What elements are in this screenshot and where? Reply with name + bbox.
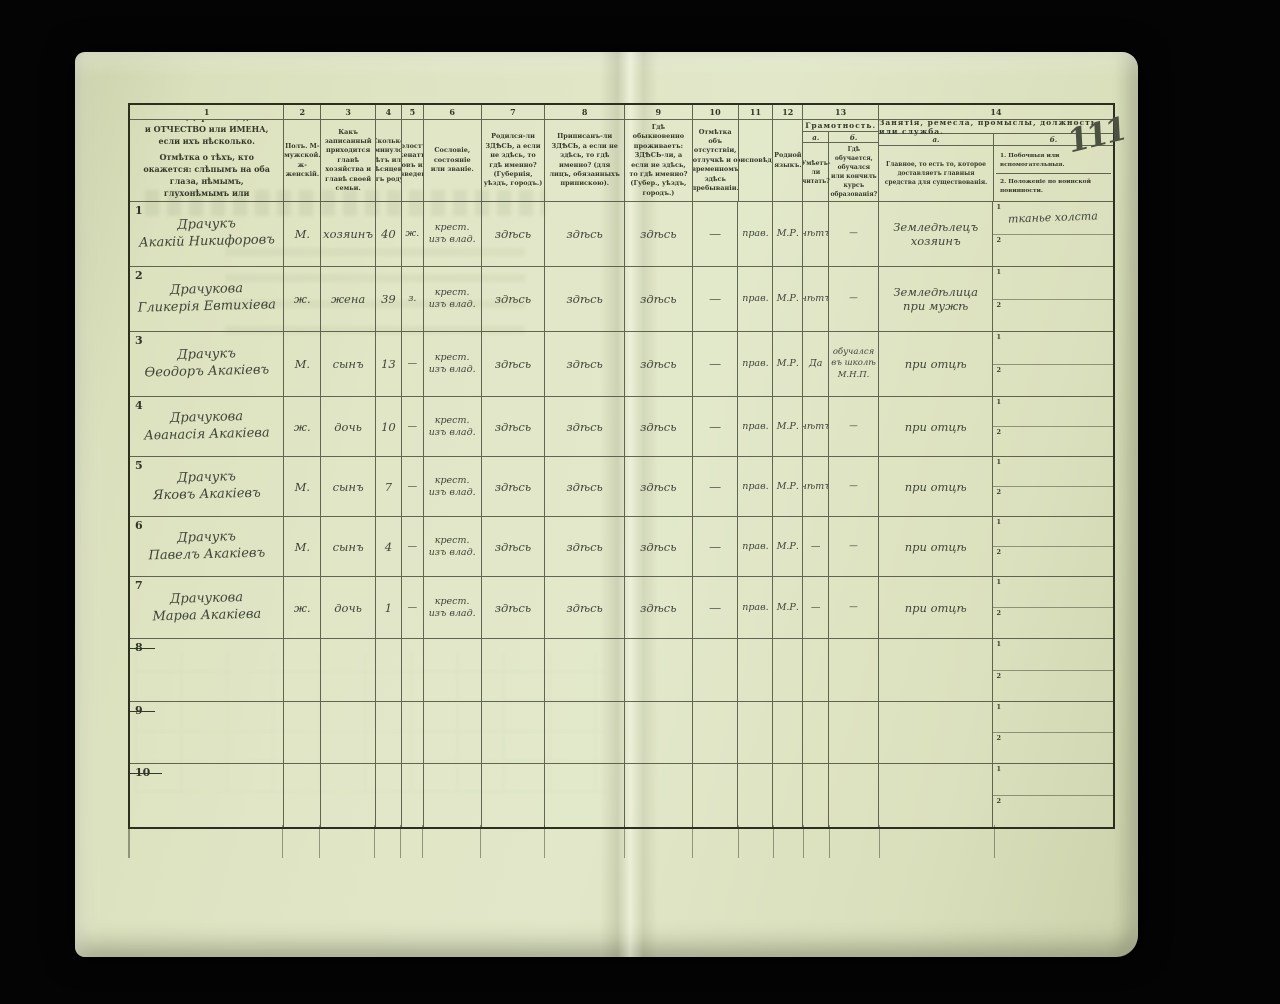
- estate-line2: изъ влад.: [429, 234, 476, 246]
- cell-name: 10: [130, 764, 284, 827]
- occupation-side-sub1: 1: [993, 702, 1113, 733]
- estate-line1: крест.: [435, 475, 470, 487]
- cell-marital: [402, 702, 424, 763]
- occupation-side-sub1: 1: [993, 457, 1113, 487]
- row-number: 8: [135, 641, 143, 654]
- cell-marital: ж.: [402, 202, 424, 266]
- cell-age: 40: [376, 202, 402, 266]
- cell-language: М.Р.: [773, 267, 803, 331]
- cell-reads: нѣтъ: [803, 267, 829, 331]
- cell-name: 1 Драчукъ Акакій Никифоровъ: [130, 202, 284, 266]
- cell-reads: нѣтъ: [803, 397, 829, 456]
- cell-religion: [738, 702, 773, 763]
- given-name: Яковъ Акакіевъ: [130, 485, 284, 506]
- table-row: 6 Драчукъ Павелъ Акакіевъ М. сынъ 4 — кр…: [130, 517, 1113, 577]
- cell-occupation-side: 1 2: [993, 457, 1113, 516]
- cell-marital: —: [402, 397, 424, 456]
- cell-estate: крест. изъ влад.: [424, 267, 482, 331]
- cell-absence: [693, 639, 739, 701]
- cell-occupation-side: 1 2: [993, 267, 1113, 331]
- cell-age: [376, 702, 402, 763]
- cell-registration: здѣсь: [545, 202, 625, 266]
- cell-occupation-main: [879, 639, 994, 701]
- cell-occupation-side: 1 2: [993, 577, 1113, 638]
- sub-row-label: 1: [996, 640, 1001, 648]
- col-number: 10: [693, 105, 739, 119]
- cell-marital: —: [402, 457, 424, 516]
- census-sheet: 111 1 2 3 4 5 6 7 8 9 10 11 12 13 14: [75, 52, 1138, 957]
- col-number: 2: [284, 105, 321, 119]
- row-number: 2: [135, 269, 143, 282]
- estate-line2: изъ влад.: [429, 427, 476, 439]
- cell-residence: здѣсь: [625, 267, 693, 331]
- cell-occupation-main: [879, 702, 994, 763]
- cell-age: [376, 764, 402, 827]
- cell-birthplace: [482, 764, 546, 827]
- cell-occupation-side: 1 2: [993, 639, 1113, 701]
- sub-row-label: 2: [996, 488, 1001, 496]
- header-row: ФАМИЛІЯ, (прозвище), ИМЯ и ОТЧЕСТВО или …: [130, 120, 1113, 202]
- column-number-row: 1 2 3 4 5 6 7 8 9 10 11 12 13 14: [130, 105, 1113, 120]
- row-number: 10: [135, 766, 150, 779]
- cell-education: [829, 639, 879, 701]
- table-body: 1 Драчукъ Акакій Никифоровъ М. хозяинъ 4…: [130, 202, 1113, 827]
- estate-line1: крест.: [435, 596, 470, 608]
- cell-registration: здѣсь: [545, 577, 625, 638]
- cell-absence: —: [693, 267, 739, 331]
- cell-residence: здѣсь: [625, 457, 693, 516]
- cell-registration: здѣсь: [545, 267, 625, 331]
- sub-row-label: 1: [996, 203, 1001, 211]
- cell-registration: [545, 639, 625, 701]
- cell-residence: [625, 702, 693, 763]
- cell-relation: [321, 702, 376, 763]
- cell-absence: —: [693, 517, 739, 576]
- cell-occupation-side: 1 2: [993, 764, 1113, 827]
- cell-age: 10: [376, 397, 402, 456]
- header-literacy-b: Гдѣ обучается, обучался или кончилъ курс…: [829, 143, 878, 201]
- table-row: 10 1: [130, 764, 1113, 827]
- occupation-side-sub1: 1 тканье холста: [993, 202, 1113, 235]
- header-relation: Какъ записанный приходится главѣ хозяйст…: [321, 120, 376, 201]
- col-number: 8: [545, 105, 625, 119]
- cell-religion: прав.: [738, 517, 773, 576]
- surname: [130, 794, 283, 798]
- header-age: Сколько минуло лѣтъ или мѣсяцевъ отъ род…: [376, 120, 402, 201]
- occupation-line1: при отцѣ: [905, 601, 967, 615]
- row-number: 3: [135, 334, 143, 347]
- cell-estate: [424, 764, 482, 827]
- given-name: Ѳеодоръ Акакіевъ: [130, 362, 284, 383]
- sub-row-label: 2: [996, 734, 1001, 742]
- cell-relation: жена: [321, 267, 376, 331]
- given-name: Аѳанасія Акакіева: [130, 425, 284, 446]
- occupation-side-sub2: 2: [993, 671, 1113, 702]
- cell-marital: з.: [402, 267, 424, 331]
- col-number: 14: [879, 105, 1113, 119]
- header-literacy-a-label: а.: [803, 132, 829, 142]
- header-estate: Сословіе, состояніе или званіе.: [424, 120, 482, 201]
- cell-occupation-main: при отцѣ: [879, 517, 994, 576]
- cell-relation: сынъ: [321, 517, 376, 576]
- cell-registration: [545, 702, 625, 763]
- cell-name: 3 Драчукъ Ѳеодоръ Акакіевъ: [130, 332, 284, 396]
- row-number: 6: [135, 519, 143, 532]
- cell-registration: [545, 764, 625, 827]
- col-number: 11: [739, 105, 774, 119]
- sub-row-label: 1: [996, 703, 1001, 711]
- occupation-side-sub2: 2: [993, 365, 1113, 397]
- cell-residence: здѣсь: [625, 397, 693, 456]
- occupation-side-sub2: 2: [993, 733, 1113, 763]
- header-birthplace: Родился-ли ЗДѢСЬ, а если не здѣсь, то гд…: [482, 120, 546, 201]
- cell-education: [829, 764, 879, 827]
- cell-birthplace: [482, 702, 546, 763]
- cell-relation: хозяинъ: [321, 202, 376, 266]
- header-registration: Приписанъ-ли ЗДѢСЬ, а если не здѣсь, то …: [545, 120, 625, 201]
- sub-row-label: 1: [996, 578, 1001, 586]
- cell-occupation-side: 1 тканье холста 2: [993, 202, 1113, 266]
- cell-absence: —: [693, 397, 739, 456]
- row-number: 1: [135, 204, 143, 217]
- col-number: 12: [773, 105, 803, 119]
- occupation-line1: Земледѣлецъ: [893, 220, 978, 234]
- occupation-line1: при отцѣ: [905, 480, 967, 494]
- occupation-side-sub1: 1: [993, 639, 1113, 671]
- cell-residence: здѣсь: [625, 332, 693, 396]
- header-occupation-a-label: а.: [879, 134, 994, 145]
- cell-religion: прав.: [738, 332, 773, 396]
- cell-name: 7 Драчукова Марѳа Акакіева: [130, 577, 284, 638]
- table-row: 8 1: [130, 639, 1113, 702]
- cell-language: М.Р.: [773, 457, 803, 516]
- occupation-side-sub1: 1: [993, 764, 1113, 796]
- header-occupation-side2: 2. Положеніе по воинской повинности.: [996, 174, 1111, 199]
- occupation-side-sub2: 2: [993, 608, 1113, 638]
- cell-estate: крест. изъ влад.: [424, 397, 482, 456]
- estate-line1: крест.: [435, 352, 470, 364]
- cell-occupation-main: при отцѣ: [879, 577, 994, 638]
- col-number: 4: [376, 105, 402, 119]
- cell-occupation-main: Земледѣлица при мужѣ: [879, 267, 994, 331]
- table-row: 7 Драчукова Марѳа Акакіева ж. дочь 1 — к…: [130, 577, 1113, 639]
- given-name: Гликерія Евтихіева: [130, 297, 284, 318]
- cell-birthplace: здѣсь: [482, 397, 546, 456]
- cell-sex: ж.: [284, 577, 321, 638]
- col-number: 13: [803, 105, 879, 119]
- cell-age: 4: [376, 517, 402, 576]
- row-number: 7: [135, 579, 143, 592]
- occupation-side-sub1: 1: [993, 332, 1113, 365]
- cell-relation: [321, 639, 376, 701]
- cell-sex: ж.: [284, 267, 321, 331]
- surname: [130, 668, 283, 672]
- cell-age: 7: [376, 457, 402, 516]
- cell-name: 4 Драчукова Аѳанасія Акакіева: [130, 397, 284, 456]
- cell-language: [773, 639, 803, 701]
- header-literacy-title: Грамотность.: [803, 120, 878, 132]
- occupation-side-sub1: 1: [993, 577, 1113, 608]
- cell-education: —: [829, 577, 879, 638]
- cell-occupation-main: при отцѣ: [879, 457, 994, 516]
- estate-line1: крест.: [435, 222, 470, 234]
- cell-relation: дочь: [321, 577, 376, 638]
- sub-row-label: 2: [996, 428, 1001, 436]
- cell-occupation-side: 1 2: [993, 517, 1113, 576]
- cell-reads: Да: [803, 332, 829, 396]
- cell-estate: [424, 702, 482, 763]
- cell-education: —: [829, 517, 879, 576]
- cell-language: М.Р.: [773, 202, 803, 266]
- cell-estate: крест. изъ влад.: [424, 202, 482, 266]
- header-occupation-main: Главное, то есть то, которое доставляетъ…: [879, 146, 994, 201]
- cell-birthplace: здѣсь: [482, 517, 546, 576]
- cell-marital: [402, 764, 424, 827]
- cell-name: 8: [130, 639, 284, 701]
- sub-row-label: 1: [996, 765, 1001, 773]
- given-name: [130, 731, 283, 735]
- occupation-line1: Земледѣлица: [893, 285, 978, 299]
- cell-absence: —: [693, 202, 739, 266]
- cell-occupation-side: 1 2: [993, 332, 1113, 396]
- cell-registration: здѣсь: [545, 517, 625, 576]
- sub-row-label: 1: [996, 398, 1001, 406]
- cell-marital: —: [402, 332, 424, 396]
- cell-marital: —: [402, 577, 424, 638]
- cell-birthplace: здѣсь: [482, 332, 546, 396]
- occupation-side-sub2: 2: [993, 796, 1113, 827]
- cell-name: 5 Драчукъ Яковъ Акакіевъ: [130, 457, 284, 516]
- col-number: 5: [402, 105, 424, 119]
- cell-estate: крест. изъ влад.: [424, 577, 482, 638]
- cell-language: М.Р.: [773, 397, 803, 456]
- header-residence: Гдѣ обыкновенно проживаетъ: ЗДѢСЬ-ли, а …: [625, 120, 693, 201]
- estate-line2: изъ влад.: [429, 547, 476, 559]
- cell-residence: [625, 639, 693, 701]
- estate-line2: изъ влад.: [429, 487, 476, 499]
- cell-sex: ж.: [284, 397, 321, 456]
- occupation-line1: при отцѣ: [905, 357, 967, 371]
- cell-estate: крест. изъ влад.: [424, 457, 482, 516]
- sub-row-label: 2: [996, 548, 1001, 556]
- table-underrun-lines: [128, 825, 1115, 858]
- cell-residence: здѣсь: [625, 577, 693, 638]
- cell-religion: [738, 639, 773, 701]
- estate-line2: изъ влад.: [429, 299, 476, 311]
- header-marital: Холостъ, женатъ, вдовъ или разведенъ.: [402, 120, 424, 201]
- cell-name: 2 Драчукова Гликерія Евтихіева: [130, 267, 284, 331]
- col-number: 1: [130, 105, 284, 119]
- census-table: 1 2 3 4 5 6 7 8 9 10 11 12 13 14 ФАМИЛІЯ…: [128, 103, 1115, 829]
- header-literacy-a: Умѣетъ-ли читать?: [803, 143, 829, 201]
- table-row: 3 Драчукъ Ѳеодоръ Акакіевъ М. сынъ 13 — …: [130, 332, 1113, 397]
- cell-sex: М.: [284, 457, 321, 516]
- photo-stage: 111 1 2 3 4 5 6 7 8 9 10 11 12 13 14: [0, 0, 1280, 1004]
- occupation-line1: при отцѣ: [905, 420, 967, 434]
- cell-language: М.Р.: [773, 577, 803, 638]
- cell-language: М.Р.: [773, 332, 803, 396]
- cell-religion: прав.: [738, 397, 773, 456]
- header-literacy-group: Грамотность. а. б. Умѣетъ-ли читать? Гдѣ…: [803, 120, 879, 201]
- given-name: Акакій Никифоровъ: [130, 232, 284, 253]
- cell-estate: крест. изъ влад.: [424, 332, 482, 396]
- cell-sex: М.: [284, 202, 321, 266]
- cell-reads: [803, 764, 829, 827]
- sub-row-label: 2: [996, 366, 1001, 374]
- col-number: 7: [482, 105, 546, 119]
- table-row: 4 Драчукова Аѳанасія Акакіева ж. дочь 10…: [130, 397, 1113, 457]
- occupation-line2: при мужѣ: [903, 299, 968, 313]
- occupation-side-sub2: 2: [993, 547, 1113, 576]
- cell-residence: [625, 764, 693, 827]
- col-number: 6: [424, 105, 482, 119]
- cell-reads: —: [803, 577, 829, 638]
- cell-absence: [693, 702, 739, 763]
- cell-name: 6 Драчукъ Павелъ Акакіевъ: [130, 517, 284, 576]
- header-sex: Полъ. М-мужской. ж-женскій.: [284, 120, 321, 201]
- given-name: Павелъ Акакіевъ: [130, 545, 284, 566]
- header-name-line1: ФАМИЛІЯ, (прозвище), ИМЯ и ОТЧЕСТВО или …: [136, 120, 277, 147]
- cell-estate: [424, 639, 482, 701]
- sub-row-label: 2: [996, 797, 1001, 805]
- cell-occupation-side: 1 2: [993, 702, 1113, 763]
- cell-education: —: [829, 202, 879, 266]
- cell-birthplace: здѣсь: [482, 267, 546, 331]
- table-row: 9 1: [130, 702, 1113, 764]
- sub-row-label: 1: [996, 268, 1001, 276]
- side-occupation-1: тканье холста: [1008, 210, 1098, 226]
- estate-line1: крест.: [435, 287, 470, 299]
- surname: [130, 731, 283, 735]
- cell-sex: [284, 702, 321, 763]
- occupation-side-sub1: 1: [993, 517, 1113, 547]
- cell-age: [376, 639, 402, 701]
- occupation-side-sub1: 1: [993, 397, 1113, 427]
- row-number: 5: [135, 459, 143, 472]
- given-name: Марѳа Акакіева: [130, 606, 284, 627]
- cell-education: [829, 702, 879, 763]
- estate-line1: крест.: [435, 535, 470, 547]
- table-row: 2 Драчукова Гликерія Евтихіева ж. жена 3…: [130, 267, 1113, 332]
- sub-row-label: 2: [996, 609, 1001, 617]
- cell-marital: —: [402, 517, 424, 576]
- cell-education: обучался въ школѣ М.Н.П.: [829, 332, 879, 396]
- cell-marital: [402, 639, 424, 701]
- header-language: Родной языкъ.: [773, 120, 803, 201]
- cell-sex: [284, 639, 321, 701]
- cell-religion: [738, 764, 773, 827]
- occupation-side-sub2: 2: [993, 487, 1113, 516]
- table-row: 5 Драчукъ Яковъ Акакіевъ М. сынъ 7 — кре…: [130, 457, 1113, 517]
- occupation-side-sub2: 2: [993, 300, 1113, 332]
- estate-line1: крест.: [435, 415, 470, 427]
- estate-line2: изъ влад.: [429, 364, 476, 376]
- given-name: [130, 668, 283, 672]
- cell-birthplace: [482, 639, 546, 701]
- sub-row-label: 1: [996, 458, 1001, 466]
- sub-row-label: 1: [996, 333, 1001, 341]
- cell-residence: здѣсь: [625, 517, 693, 576]
- cell-age: 13: [376, 332, 402, 396]
- cell-sex: М.: [284, 517, 321, 576]
- sub-row-label: 2: [996, 236, 1001, 244]
- cell-relation: сынъ: [321, 332, 376, 396]
- cell-registration: здѣсь: [545, 397, 625, 456]
- sub-row-label: 2: [996, 301, 1001, 309]
- cell-estate: крест. изъ влад.: [424, 517, 482, 576]
- cell-reads: нѣтъ: [803, 457, 829, 516]
- cell-absence: —: [693, 577, 739, 638]
- given-name: [130, 794, 283, 798]
- cell-sex: М.: [284, 332, 321, 396]
- cell-registration: здѣсь: [545, 457, 625, 516]
- cell-education: —: [829, 267, 879, 331]
- cell-occupation-main: [879, 764, 994, 827]
- occupation-side-sub2: 2: [993, 235, 1113, 267]
- header-name: ФАМИЛІЯ, (прозвище), ИМЯ и ОТЧЕСТВО или …: [130, 120, 284, 201]
- cell-language: [773, 764, 803, 827]
- header-religion: Вѣроисповѣданіе.: [739, 120, 774, 201]
- cell-reads: —: [803, 517, 829, 576]
- cell-reads: нѣтъ: [803, 202, 829, 266]
- cell-reads: [803, 639, 829, 701]
- cell-birthplace: здѣсь: [482, 577, 546, 638]
- cell-language: М.Р.: [773, 517, 803, 576]
- cell-absence: [693, 764, 739, 827]
- cell-absence: —: [693, 332, 739, 396]
- cell-religion: прав.: [738, 457, 773, 516]
- cell-age: 1: [376, 577, 402, 638]
- cell-language: [773, 702, 803, 763]
- occupation-line1: при отцѣ: [905, 540, 967, 554]
- cell-occupation-side: 1 2: [993, 397, 1113, 456]
- cell-name: 9: [130, 702, 284, 763]
- cell-absence: —: [693, 457, 739, 516]
- cell-religion: прав.: [738, 577, 773, 638]
- row-number: 4: [135, 399, 143, 412]
- sub-row-label: 2: [996, 672, 1001, 680]
- occupation-line2: хозяинъ: [911, 234, 961, 248]
- cell-birthplace: здѣсь: [482, 457, 546, 516]
- col-number: 9: [625, 105, 693, 119]
- col-number: 3: [321, 105, 376, 119]
- cell-registration: здѣсь: [545, 332, 625, 396]
- cell-relation: [321, 764, 376, 827]
- row-number: 9: [135, 704, 143, 717]
- table-row: 1 Драчукъ Акакій Никифоровъ М. хозяинъ 4…: [130, 202, 1113, 267]
- occupation-side-sub1: 1: [993, 267, 1113, 300]
- cell-education: —: [829, 457, 879, 516]
- cell-occupation-main: при отцѣ: [879, 332, 994, 396]
- cell-occupation-main: при отцѣ: [879, 397, 994, 456]
- cell-age: 39: [376, 267, 402, 331]
- occupation-side-sub2: 2: [993, 427, 1113, 456]
- estate-line2: изъ влад.: [429, 608, 476, 620]
- cell-sex: [284, 764, 321, 827]
- cell-reads: [803, 702, 829, 763]
- header-name-line2: Отмѣтка о тѣхъ, кто окажется: слѣпымъ на…: [136, 151, 277, 202]
- sub-row-label: 1: [996, 518, 1001, 526]
- cell-relation: дочь: [321, 397, 376, 456]
- cell-occupation-main: Земледѣлецъ хозяинъ: [879, 202, 994, 266]
- cell-relation: сынъ: [321, 457, 376, 516]
- header-literacy-b-label: б.: [829, 132, 878, 142]
- cell-birthplace: здѣсь: [482, 202, 546, 266]
- header-absence: Отмѣтка объ отсутствіи, отлучкѣ и о врем…: [693, 120, 739, 201]
- cell-residence: здѣсь: [625, 202, 693, 266]
- cell-religion: прав.: [738, 267, 773, 331]
- cell-education: —: [829, 397, 879, 456]
